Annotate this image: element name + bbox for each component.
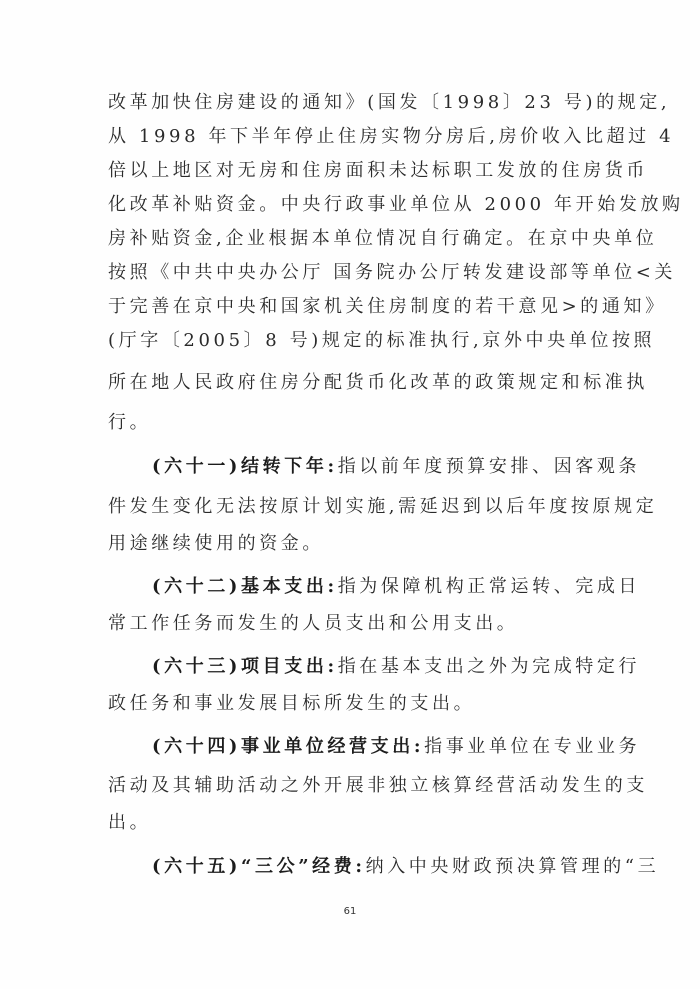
section-63-heading: (六十三)项目支出:指在基本支出之外为完成特定行 — [152, 656, 594, 678]
section-term: 基本支出: — [241, 576, 338, 597]
section-text: 指以前年度预算安排、因客观条 — [338, 456, 640, 477]
section-61-heading: (六十一)结转下年:指以前年度预算安排、因客观条 — [152, 456, 594, 478]
section-64-line: 活动及其辅助活动之外开展非独立核算经营活动发生的支 — [108, 775, 594, 797]
section-number: (六十五) — [152, 856, 241, 877]
section-term: “三公”经费: — [241, 856, 366, 877]
document-page: 改革加快住房建设的通知》(国发〔1998〕23 号)的规定, 从 1998 年下… — [0, 0, 700, 989]
section-61-line: 用途继续使用的资金。 — [108, 533, 594, 555]
section-number: (六十四) — [152, 736, 241, 757]
body-line: 从 1998 年下半年停止住房实物分房后,房价收入比超过 4 — [108, 126, 594, 148]
section-65-heading: (六十五)“三公”经费:纳入中央财政预决算管理的“三 — [152, 856, 594, 878]
section-62-line: 常工作任务而发生的人员支出和公用支出。 — [108, 613, 594, 635]
section-number: (六十一) — [152, 456, 241, 477]
section-term: 项目支出: — [241, 656, 338, 677]
body-line: 化改革补贴资金。中央行政事业单位从 2000 年开始发放购 — [108, 194, 594, 216]
page-number: 61 — [0, 906, 700, 917]
section-64-heading: (六十四)事业单位经营支出:指事业单位在专业业务 — [152, 736, 594, 758]
body-line: 改革加快住房建设的通知》(国发〔1998〕23 号)的规定, — [108, 92, 594, 114]
body-line: 倍以上地区对无房和住房面积未达标职工发放的住房货币 — [108, 160, 594, 182]
section-text: 指事业单位在专业业务 — [424, 736, 640, 757]
section-text: 纳入中央财政预决算管理的“三 — [366, 856, 660, 877]
section-number: (六十三) — [152, 656, 241, 677]
body-line: (厅字〔2005〕8 号)规定的标准执行,京外中央单位按照 — [108, 330, 594, 352]
body-line: 按照《中共中央办公厅 国务院办公厅转发建设部等单位<关 — [108, 262, 594, 284]
section-term: 事业单位经营支出: — [241, 736, 424, 757]
section-number: (六十二) — [152, 576, 241, 597]
section-term: 结转下年: — [241, 456, 338, 477]
body-line: 于完善在京中央和国家机关住房制度的若干意见>的通知》 — [108, 296, 594, 318]
body-line: 所在地人民政府住房分配货币化改革的政策规定和标准执 — [108, 372, 594, 394]
body-line: 行。 — [108, 412, 594, 434]
body-line: 房补贴资金,企业根据本单位情况自行确定。在京中央单位 — [108, 228, 594, 250]
section-text: 指为保障机构正常运转、完成日 — [338, 576, 640, 597]
section-text: 指在基本支出之外为完成特定行 — [338, 656, 640, 677]
section-62-heading: (六十二)基本支出:指为保障机构正常运转、完成日 — [152, 576, 594, 598]
section-63-line: 政任务和事业发展目标所发生的支出。 — [108, 693, 594, 715]
section-61-line: 件发生变化无法按原计划实施,需延迟到以后年度按原规定 — [108, 496, 594, 518]
section-64-line: 出。 — [108, 812, 594, 834]
